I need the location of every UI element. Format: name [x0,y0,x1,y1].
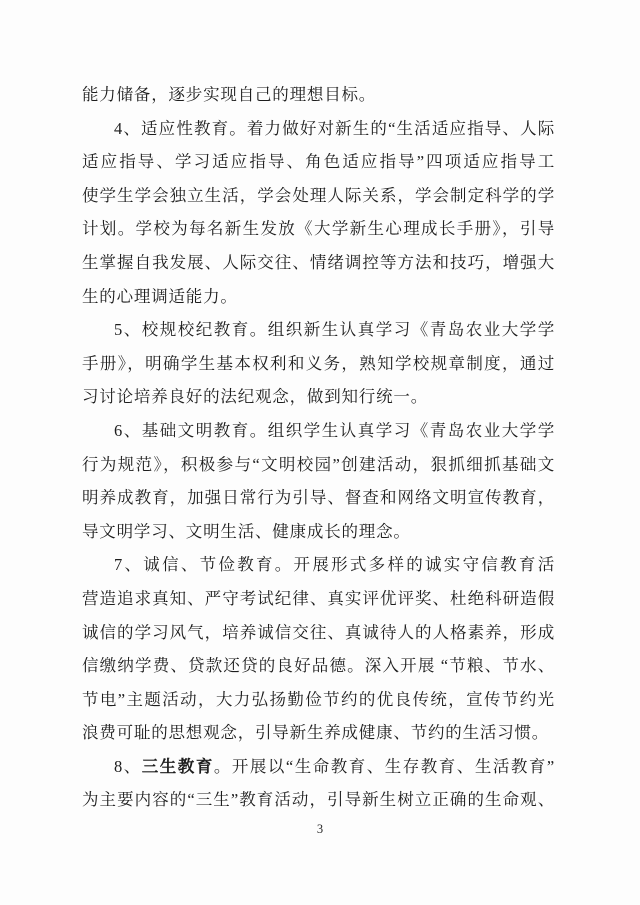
text-line: 8、三生教育。开展以“生命教育、生存教育、生活教育” [82,750,555,784]
text-run: 5、校规校纪教育。组织新生认真学习《青岛农业大学学生 [82,320,555,347]
text-run: 营造追求真知、严守考试纪律、真实评优评奖、杜绝科研造假等 [82,589,555,616]
text-line: 习讨论培养良好的法纪观念，做到知行统一。 [82,380,555,414]
text-run: 行为规范》，积极参与“文明校园”创建活动，狠抓细抓基础文 [82,455,555,474]
text-run: 浪费可耻的思想观念，引导新生养成健康、节约的生活习惯。 [82,723,549,742]
text-run: 8、 [114,757,142,776]
text-run: 手册》，明确学生基本权利和义务，熟知学校规章制度，通过学 [82,354,555,381]
text-run: 习讨论培养良好的法纪观念，做到知行统一。 [82,387,428,406]
text-line: 生的心理调适能力。 [82,280,555,314]
text-run: 使学生学会独立生活，学会处理人际关系，学会制定科学的学习 [82,186,555,213]
text-run: 6、基础文明教育。组织学生认真学习《青岛农业大学学生 [82,421,555,448]
text-run: 节电”主题活动，大力弘扬勤俭节约的优良传统，宣传节约光荣、 [82,690,555,717]
text-run: 能力储备，逐步实现自己的理想目标。 [82,85,376,104]
text-run: 4、适应性教育。着力做好对新生的“生活适应指导、人际 [114,119,555,138]
text-line: 手册》，明确学生基本权利和义务，熟知学校规章制度，通过学 [82,347,555,381]
text-line: 行为规范》，积极参与“文明校园”创建活动，狠抓细抓基础文 [82,448,555,482]
text-run: 生的心理调适能力。 [82,287,238,306]
text-run: 诚信的学习风气，培养诚信交往、真诚待人的人格素养，形成诚 [82,623,555,650]
text-run: 信缴纳学费、贷款还贷的良好品德。深入开展 “节粮、节水、 [82,656,555,675]
text-run: 计划。学校为每名新生发放《大学新生心理成长手册》，引导学 [82,219,555,246]
document-body: 能力储备，逐步实现自己的理想目标。4、适应性教育。着力做好对新生的“生活适应指导… [82,78,555,817]
text-run: 适应指导、学习适应指导、角色适应指导”四项适应指导工作， [82,152,555,179]
text-line: 浪费可耻的思想观念，引导新生养成健康、节约的生活习惯。 [82,716,555,750]
document-page: 能力储备，逐步实现自己的理想目标。4、适应性教育。着力做好对新生的“生活适应指导… [0,0,640,905]
text-line: 计划。学校为每名新生发放《大学新生心理成长手册》，引导学 [82,212,555,246]
text-run: 导文明学习、文明生活、健康成长的理念。 [82,522,411,541]
text-line: 节电”主题活动，大力弘扬勤俭节约的优良传统，宣传节约光荣、 [82,683,555,717]
text-line: 导文明学习、文明生活、健康成长的理念。 [82,515,555,549]
text-line: 生掌握自我发展、人际交往、情绪调控等方法和技巧，增强大学 [82,246,555,280]
text-run: 明养成教育，加强日常行为引导、督查和网络文明宣传教育，倡 [82,488,555,515]
text-run: 为主要内容的“三生”教育活动，引导新生树立正确的生命观、 [82,790,555,809]
text-line: 信缴纳学费、贷款还贷的良好品德。深入开展 “节粮、节水、 [82,649,555,683]
text-line: 适应指导、学习适应指导、角色适应指导”四项适应指导工作， [82,145,555,179]
text-line: 为主要内容的“三生”教育活动，引导新生树立正确的生命观、 [82,783,555,817]
text-line: 5、校规校纪教育。组织新生认真学习《青岛农业大学学生 [82,313,555,347]
text-line: 明养成教育，加强日常行为引导、督查和网络文明宣传教育，倡 [82,481,555,515]
text-run: 生掌握自我发展、人际交往、情绪调控等方法和技巧，增强大学 [82,253,555,280]
text-line: 7、诚信、节俭教育。开展形式多样的诚实守信教育活动， [82,548,555,582]
bold-text-run: 三生教育 [142,757,214,776]
text-run: 7、诚信、节俭教育。开展形式多样的诚实守信教育活动， [82,555,555,582]
text-line: 能力储备，逐步实现自己的理想目标。 [82,78,555,112]
text-run: 。开展以“生命教育、生存教育、生活教育” [214,757,555,776]
text-line: 诚信的学习风气，培养诚信交往、真诚待人的人格素养，形成诚 [82,616,555,650]
page-number: 3 [0,822,640,837]
text-line: 营造追求真知、严守考试纪律、真实评优评奖、杜绝科研造假等 [82,582,555,616]
text-line: 使学生学会独立生活，学会处理人际关系，学会制定科学的学习 [82,179,555,213]
text-line: 4、适应性教育。着力做好对新生的“生活适应指导、人际 [82,112,555,146]
text-line: 6、基础文明教育。组织学生认真学习《青岛农业大学学生 [82,414,555,448]
